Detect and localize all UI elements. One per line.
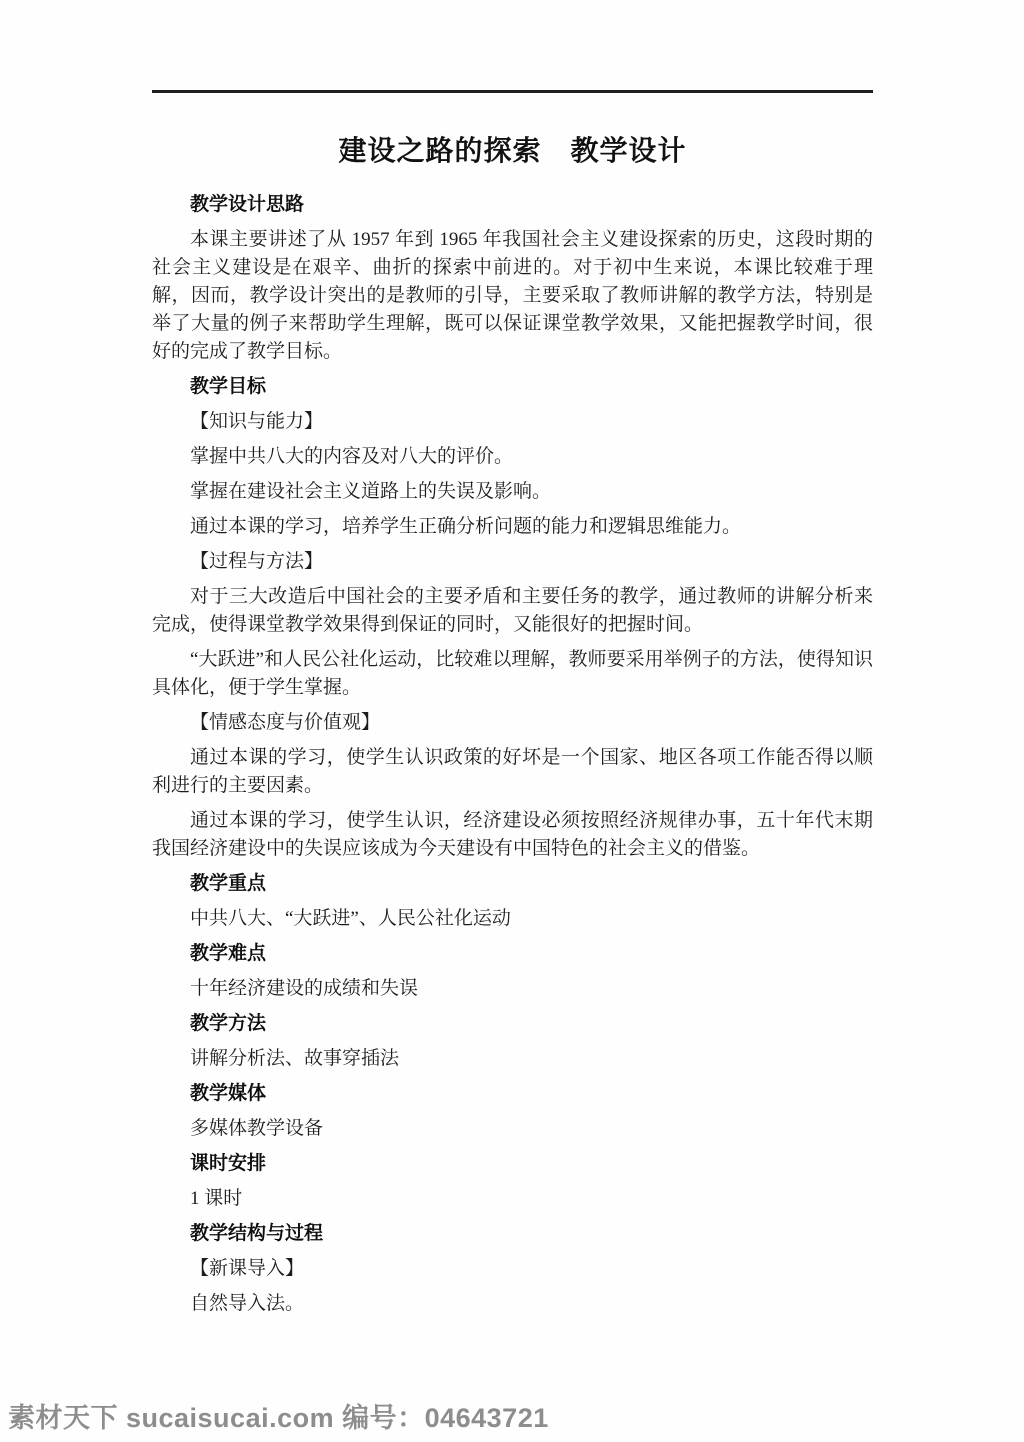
- body-line: 中共八大、“大跃进”、人民公社化运动: [152, 905, 873, 933]
- bracket-subheading: 【情感态度与价值观】: [152, 709, 873, 737]
- section-heading: 教学方法: [152, 1010, 873, 1038]
- bracket-subheading: 【知识与能力】: [152, 408, 873, 436]
- body-line: 自然导入法。: [152, 1290, 873, 1318]
- section-heading: 教学难点: [152, 940, 873, 968]
- body-paragraph: 通过本课的学习，使学生认识，经济建设必须按照经济规律办事，五十年代末期我国经济建…: [152, 807, 873, 863]
- document-content: 建设之路的探索 教学设计 教学设计思路 本课主要讲述了从 1957 年到 196…: [152, 0, 873, 1325]
- header-horizontal-rule: [152, 90, 873, 93]
- section-heading: 教学结构与过程: [152, 1220, 873, 1248]
- section-heading: 教学目标: [152, 373, 873, 401]
- body-paragraph: 对于三大改造后中国社会的主要矛盾和主要任务的教学，通过教师的讲解分析来完成，使得…: [152, 583, 873, 639]
- document-body: 教学设计思路 本课主要讲述了从 1957 年到 1965 年我国社会主义建设探索…: [152, 191, 873, 1318]
- bracket-subheading: 【过程与方法】: [152, 548, 873, 576]
- document-page: 建设之路的探索 教学设计 教学设计思路 本课主要讲述了从 1957 年到 196…: [0, 0, 1024, 1442]
- document-title: 建设之路的探索 教学设计: [152, 135, 873, 169]
- body-line: 1 课时: [152, 1185, 873, 1213]
- section-heading: 教学重点: [152, 870, 873, 898]
- watermark: 素材天下 sucaisucai.com 编号：04643721: [8, 1396, 549, 1435]
- body-line: 十年经济建设的成绩和失误: [152, 975, 873, 1003]
- body-line: 多媒体教学设备: [152, 1115, 873, 1143]
- section-heading: 教学设计思路: [152, 191, 873, 219]
- body-line: 掌握在建设社会主义道路上的失误及影响。: [152, 478, 873, 506]
- body-paragraph: 本课主要讲述了从 1957 年到 1965 年我国社会主义建设探索的历史，这段时…: [152, 226, 873, 366]
- body-line: 掌握中共八大的内容及对八大的评价。: [152, 443, 873, 471]
- section-heading: 教学媒体: [152, 1080, 873, 1108]
- body-paragraph: 通过本课的学习，使学生认识政策的好坏是一个国家、地区各项工作能否得以顺利进行的主…: [152, 744, 873, 800]
- section-heading: 课时安排: [152, 1150, 873, 1178]
- bracket-subheading: 【新课导入】: [152, 1255, 873, 1283]
- body-paragraph: “大跃进”和人民公社化运动，比较难以理解，教师要采用举例子的方法，使得知识具体化…: [152, 646, 873, 702]
- body-line: 讲解分析法、故事穿插法: [152, 1045, 873, 1073]
- body-line: 通过本课的学习，培养学生正确分析问题的能力和逻辑思维能力。: [152, 513, 873, 541]
